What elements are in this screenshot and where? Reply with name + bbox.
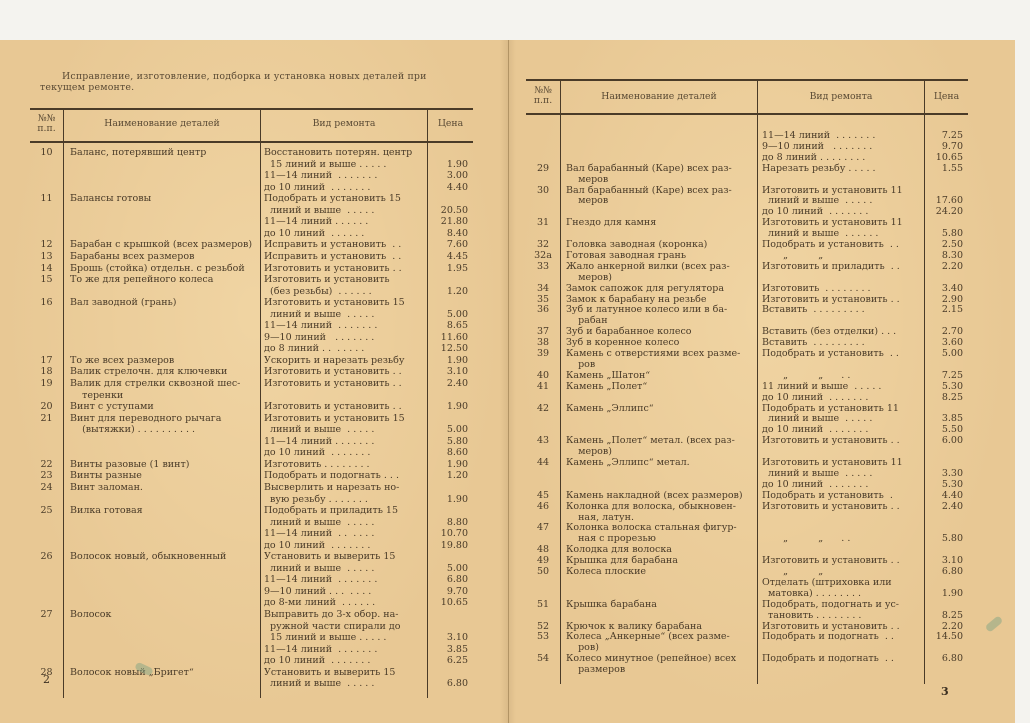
table-row: 15 линий и выше . . . . .1.90 <box>30 160 473 172</box>
part-name: Камень „Эллипс“ <box>566 404 654 415</box>
part-name: Валик стрелочн. для ключевки <box>70 367 227 378</box>
row-number: 50 <box>526 567 560 578</box>
repair-type: Изготовить и установить . . <box>264 367 402 378</box>
table-row: линий и выше . . . . .3.85 <box>526 414 968 425</box>
repair-type: 15 линий и выше . . . . . <box>264 160 386 171</box>
part-name: То же всех размеров <box>70 356 174 367</box>
part-name: размеров <box>566 665 625 676</box>
row-number: 11 <box>30 194 63 205</box>
table-row: меров <box>526 175 968 186</box>
price: 1.90 <box>428 460 468 471</box>
part-name: Вилка готовая <box>70 506 143 517</box>
table-row: до 10 линий . . . . . . .8.25 <box>526 393 968 404</box>
repair-type: до 10 линий . . . . . . . <box>264 448 370 459</box>
row-number: 34 <box>526 284 560 295</box>
price-table-right: №№ п.п. Наименование деталей Вид ремонта… <box>526 79 968 687</box>
part-name: Гнездо для камня <box>566 218 656 229</box>
table-row: 41Камень „Полет“11 линий и выше . . . . … <box>526 382 968 393</box>
table-row: 19Валик для стрелки сквозной шес-Изготов… <box>30 379 473 391</box>
price: 19.80 <box>428 541 468 552</box>
table-row: (вытяжки) . . . . . . . . . . линий и вы… <box>30 425 473 437</box>
table-top-rule <box>30 108 473 110</box>
row-number: 19 <box>30 379 63 390</box>
table-row: 51Крышка барабанаПодобрать, подогнать и … <box>526 600 968 611</box>
repair-type: Восстановить потерян. центр <box>264 148 412 159</box>
table-row: 27ВолосокВыправить до 3-х обор. на- <box>30 610 473 622</box>
part-name: Баланс, потерявший центр <box>70 148 206 159</box>
part-name: Замок сапожок для регулятора <box>566 284 724 295</box>
price: 6.25 <box>428 656 468 667</box>
table-row: 15То же для репейного колесаИзготовить и… <box>30 275 473 287</box>
price: 3.85 <box>428 645 468 656</box>
repair-type: 11 линий и выше . . . . . <box>762 382 881 393</box>
row-number: 20 <box>30 402 63 413</box>
part-name: Камень „Эллипс“ метал. <box>566 458 690 469</box>
repair-type: линий и выше . . . . . <box>264 425 374 436</box>
row-number: 53 <box>526 632 560 643</box>
row-number: 15 <box>30 275 63 286</box>
table-row: размеров <box>526 665 968 676</box>
row-number: 42 <box>526 404 560 415</box>
row-number: 24 <box>30 483 63 494</box>
header-num: №№ п.п. <box>526 86 560 106</box>
price: 5.00 <box>428 425 468 436</box>
table-row: линий и выше . . . . .5.00 <box>30 310 473 322</box>
table-row: 10Баланс, потерявший центрВосстановить п… <box>30 148 473 160</box>
price: 20.50 <box>428 206 468 217</box>
repair-type: Нарезать резьбу . . . . . <box>762 164 876 175</box>
repair-type: линий и выше . . . . . <box>264 564 374 575</box>
table-row: 11—14 линий . . . . . . .7.25 <box>526 131 968 142</box>
price: 5.00 <box>428 564 468 575</box>
part-name: Колеса плоские <box>566 567 646 578</box>
header-repair: Вид ремонта <box>261 119 427 129</box>
repair-type: Изготовить и установить 15 <box>264 414 405 425</box>
row-number: 43 <box>526 436 560 447</box>
price: 24.20 <box>925 207 963 218</box>
repair-type: Подобрать, подогнать и ус- <box>762 600 899 611</box>
price: 5.30 <box>925 382 963 393</box>
part-name: меров <box>566 175 608 186</box>
repair-type: до 10 линий . . . . . . . <box>264 183 370 194</box>
table-row: 50Колеса плоские „ „6.80 <box>526 567 968 578</box>
row-number: 47 <box>526 523 560 534</box>
price: 3.10 <box>428 633 468 644</box>
price: 5.30 <box>925 480 963 491</box>
table-row: 25Вилка готоваяПодобрать и приладить 15 <box>30 506 473 518</box>
repair-type: Ускорить и нарезать резьбу <box>264 356 404 367</box>
right-page: №№ п.п. Наименование деталей Вид ремонта… <box>509 40 1015 723</box>
price: 2.40 <box>428 379 468 390</box>
table-row: линий и выше . . . . .20.50 <box>30 206 473 218</box>
table-row: 11—14 линий . . . . . . .5.80 <box>30 437 473 449</box>
repair-type: 9—10 линий . . . . . . . <box>264 333 374 344</box>
price: 6.80 <box>925 567 963 578</box>
part-name: Винты разные <box>70 471 142 482</box>
row-number: 30 <box>526 186 560 197</box>
repair-type: матовка) . . . . . . . . <box>762 589 861 600</box>
repair-type: Подобрать и приладить 15 <box>264 506 398 517</box>
price: 2.20 <box>925 262 963 273</box>
row-number: 16 <box>30 298 63 309</box>
part-name: Волосок <box>70 610 111 621</box>
table-row: 20Винт с уступамиИзготовить и установить… <box>30 402 473 414</box>
table-row: ружной части спирали до <box>30 622 473 634</box>
repair-type: до 10 линий . . . . . . . <box>264 541 370 552</box>
repair-type: линий и выше . . . . . <box>264 518 374 529</box>
table-row: меров линий и выше . . . . .17.60 <box>526 196 968 207</box>
row-number: 40 <box>526 371 560 382</box>
part-name: Жало анкерной вилки (всех раз- <box>566 262 730 273</box>
row-number: 54 <box>526 654 560 665</box>
left-page: Исправление, изготовление, подборка и ус… <box>0 40 509 723</box>
table-row: 44Камень „Эллипс“ метал.Изготовить и уст… <box>526 458 968 469</box>
table-row: 11—14 линий . . . . . .10.70 <box>30 529 473 541</box>
repair-type: Подобрать и подогнать . . . <box>264 471 399 482</box>
row-number: 31 <box>526 218 560 229</box>
row-number: 51 <box>526 600 560 611</box>
header-bottom-rule <box>30 141 473 143</box>
price: 1.90 <box>428 495 468 506</box>
price: 10.65 <box>428 598 468 609</box>
row-number: 23 <box>30 471 63 482</box>
price: 3.40 <box>925 284 963 295</box>
repair-type: до 8 линий . . . . . . . . <box>762 153 865 164</box>
part-name: Брошь (стойка) отдельн. с резьбой <box>70 264 245 275</box>
price: 8.40 <box>428 229 468 240</box>
table-row: 16Вал заводной (грань)Изготовить и устан… <box>30 298 473 310</box>
table-row: 34Замок сапожок для регулятораИзготовить… <box>526 284 968 295</box>
repair-type: (без резьбы) . . . . . . <box>264 287 372 298</box>
part-name: меров <box>566 196 608 207</box>
intro-paragraph: Исправление, изготовление, подборка и ус… <box>40 71 470 93</box>
price: 7.60 <box>428 240 468 251</box>
row-number: 17 <box>30 356 63 367</box>
price: 1.20 <box>428 471 468 482</box>
header-repair: Вид ремонта <box>758 92 924 102</box>
part-name: Винт с уступами <box>70 402 154 413</box>
part-name: Крышка барабана <box>566 600 657 611</box>
page-number: 2 <box>43 673 50 686</box>
part-name: Валик для стрелки сквозной шес- <box>70 379 240 390</box>
part-name: Винты разовые (1 винт) <box>70 460 189 471</box>
table-row: 46Колонка для волоска, обыкновен-Изготов… <box>526 502 968 513</box>
row-number: 44 <box>526 458 560 469</box>
part-name: Вал барабанный (Каре) всех раз- <box>566 164 732 175</box>
repair-type: линий и выше . . . . . <box>264 206 374 217</box>
part-name: Камень „Шатон“ <box>566 371 650 382</box>
table-row: линий и выше . . . . .3.30 <box>526 469 968 480</box>
table-row: 11—14 линий . . . . . .21.80 <box>30 217 473 229</box>
table-row: 45Камень накладной (всех размеров)Подобр… <box>526 491 968 502</box>
row-number: 21 <box>30 414 63 425</box>
repair-type: до 10 линий . . . . . . <box>264 229 364 240</box>
price: 3.00 <box>428 171 468 182</box>
row-number: 26 <box>30 552 63 563</box>
price: 10.70 <box>428 529 468 540</box>
repair-type: Изготовить . . . . . . . . <box>762 284 871 295</box>
repair-type: до 10 линий . . . . . . . <box>762 393 868 404</box>
price: 12.50 <box>428 344 468 355</box>
price: 4.40 <box>428 183 468 194</box>
price: 5.00 <box>428 310 468 321</box>
table-row: меров) <box>526 273 968 284</box>
repair-type: 11—14 линий . . . . . . . <box>264 321 377 332</box>
table-row: до 10 линий . . . . . . .6.25 <box>30 656 473 668</box>
price: 1.90 <box>925 589 963 600</box>
row-number: 14 <box>30 264 63 275</box>
price: 6.80 <box>428 575 468 586</box>
repair-type: ружной части спирали до <box>264 622 400 633</box>
part-name: То же для репейного колеса <box>70 275 213 286</box>
table-row: тановить . . . . . . . .8.25 <box>526 611 968 622</box>
row-number: 39 <box>526 349 560 360</box>
price: 2.40 <box>925 502 963 513</box>
part-name: Барабан с крышкой (всех размеров) <box>70 240 252 251</box>
repair-type: Изготовить и приладить . . <box>762 262 900 273</box>
repair-type: до 8-ми линий . . . . . . <box>264 598 375 609</box>
price: 14.50 <box>925 632 963 643</box>
repair-type: Изготовить и установить 15 <box>264 298 405 309</box>
table-row: Отделать (штриховка или <box>526 578 968 589</box>
price: 21.80 <box>428 217 468 228</box>
row-number: 27 <box>30 610 63 621</box>
table-row: 26Волосок новый, обыкновенныйУстановить … <box>30 552 473 564</box>
price: 10.65 <box>925 153 963 164</box>
row-number: 10 <box>30 148 63 159</box>
table-row: 11—14 линий . . . . . . .3.85 <box>30 645 473 657</box>
repair-type: Установить и выверить 15 <box>264 668 395 679</box>
repair-type: Установить и выверить 15 <box>264 552 395 563</box>
table-row: 15 линий и выше . . . . .3.10 <box>30 633 473 645</box>
part-name: Волосок новый „Бригет“ <box>70 668 194 679</box>
price: 3.10 <box>428 367 468 378</box>
book-spine <box>500 40 516 723</box>
repair-type: Выправить до 3-х обор. на- <box>264 610 398 621</box>
repair-type: до 10 линий . . . . . . . <box>264 656 370 667</box>
repair-type: 11—14 линий . . . . . . . <box>264 437 374 448</box>
repair-type: вую резьбу . . . . . . . <box>264 495 368 506</box>
price: 5.80 <box>925 534 963 545</box>
row-number: 36 <box>526 305 560 316</box>
repair-type: 15 линий и выше . . . . . <box>264 633 386 644</box>
price: 8.65 <box>428 321 468 332</box>
repair-type: Подобрать и подогнать . . <box>762 632 894 643</box>
repair-type: „ „ . . <box>762 534 850 545</box>
table-row: 11Балансы готовыПодобрать и установить 1… <box>30 194 473 206</box>
table-row: 42Камень „Эллипс“Подобрать и установить … <box>526 404 968 415</box>
price: 2.15 <box>925 305 963 316</box>
repair-type: 9—10 линий . . . . . . . <box>264 587 371 598</box>
part-name: Барабаны всех размеров <box>70 252 194 263</box>
price: 8.60 <box>428 448 468 459</box>
repair-type: Изготовить . . . . . . . . <box>264 460 370 471</box>
repair-type: 11—14 линий . . . . . . <box>264 529 374 540</box>
header-bottom-rule <box>526 113 968 115</box>
table-row: линий и выше . . . . .5.00 <box>30 564 473 576</box>
table-row: 11—14 линий . . . . . . .6.80 <box>30 575 473 587</box>
repair-type: Исправить и установить . . <box>264 240 401 251</box>
part-name: теренки <box>70 391 123 402</box>
row-number: 33 <box>526 262 560 273</box>
price-table-left: №№ п.п. Наименование деталей Вид ремонта… <box>30 108 473 708</box>
header-name: Наименование деталей <box>64 119 260 129</box>
price: 6.80 <box>428 679 468 690</box>
table-row: 11—14 линий . . . . . . .3.00 <box>30 171 473 183</box>
repair-type: „ „ . . <box>762 371 850 382</box>
header-price: Цена <box>925 92 968 102</box>
table-row: 28Волосок новый „Бригет“Установить и выв… <box>30 668 473 680</box>
table-row: линий и выше . . . . .8.80 <box>30 518 473 530</box>
part-name: Камень „Полет“ <box>566 382 647 393</box>
row-number: 12 <box>30 240 63 251</box>
repair-type: Подобрать и установить . . <box>762 349 899 360</box>
price: 6.00 <box>925 436 963 447</box>
row-number: 41 <box>526 382 560 393</box>
row-number: 13 <box>30 252 63 263</box>
part-name: Камень накладной (всех размеров) <box>566 491 743 502</box>
header-name: Наименование деталей <box>561 92 757 102</box>
table-row: 13Барабаны всех размеровИсправить и уста… <box>30 252 473 264</box>
table-row: 24Винт заломан.Высверлить и нарезать но- <box>30 483 473 495</box>
price: 4.45 <box>428 252 468 263</box>
table-row: 31Гнездо для камняИзготовить и установит… <box>526 218 968 229</box>
repair-type: Изготовить и установить . . <box>264 402 402 413</box>
repair-type: тановить . . . . . . . . <box>762 611 861 622</box>
repair-type: Изготовить и установить . . <box>762 502 900 513</box>
repair-type: Изготовить и установить . . <box>264 264 402 275</box>
repair-type: Исправить и установить . . <box>264 252 401 263</box>
repair-type: Подобрать и установить 15 <box>264 194 401 205</box>
repair-type: до 8 линий . . . . . . . <box>264 344 364 355</box>
repair-type: 11—14 линий . . . . . . . <box>264 575 377 586</box>
price: 1.95 <box>428 264 468 275</box>
table-row: 11—14 линий . . . . . . .8.65 <box>30 321 473 333</box>
repair-type: до 10 линий . . . . . . . <box>762 480 868 491</box>
repair-type: линий и выше . . . . . <box>264 310 374 321</box>
table-row: 9—10 линий . . . . . . .11.60 <box>30 333 473 345</box>
price: 1.90 <box>428 402 468 413</box>
repair-type: Изготовить и установить <box>264 275 390 286</box>
repair-type: 11—14 линий . . . . . . . <box>264 171 377 182</box>
price: 1.20 <box>428 287 468 298</box>
price: 1.55 <box>925 164 963 175</box>
part-name: Колонка для волоска, обыкновен- <box>566 502 736 513</box>
repair-type: 11—14 линий . . . . . . . <box>264 645 377 656</box>
price: 7.25 <box>925 371 963 382</box>
part-name: Вал заводной (грань) <box>70 298 177 309</box>
price: 5.00 <box>925 349 963 360</box>
price: 5.80 <box>428 437 468 448</box>
header-price: Цена <box>428 119 473 129</box>
repair-type: Подобрать и установить . <box>762 491 893 502</box>
part-name: Балансы готовы <box>70 194 151 205</box>
repair-type: Подобрать и подогнать . . <box>762 654 894 665</box>
row-number: 45 <box>526 491 560 502</box>
row-number: 25 <box>30 506 63 517</box>
row-number: 29 <box>526 164 560 175</box>
price: 6.80 <box>925 654 963 665</box>
row-number: 22 <box>30 460 63 471</box>
row-number: 18 <box>30 367 63 378</box>
price: 11.60 <box>428 333 468 344</box>
price: 1.90 <box>428 356 468 367</box>
price: 8.25 <box>925 611 963 622</box>
part-name: Винт заломан. <box>70 483 143 494</box>
table-top-rule <box>526 79 968 81</box>
price: 9.70 <box>428 587 468 598</box>
header-num: №№ п.п. <box>30 114 63 134</box>
row-number: 46 <box>526 502 560 513</box>
repair-type: Изготовить и установить . . <box>264 379 402 390</box>
repair-type: Вставить . . . . . . . . . <box>762 305 865 316</box>
price: 8.80 <box>428 518 468 529</box>
price: 1.90 <box>428 160 468 171</box>
repair-type: Высверлить и нарезать но- <box>264 483 399 494</box>
repair-type: Изготовить и установить . . <box>762 436 900 447</box>
table-row: 29Вал барабанный (Каре) всех раз-Нарезат… <box>526 164 968 175</box>
table-row: 9—10 линий . . . . . . .9.70 <box>526 142 968 153</box>
price: 8.25 <box>925 393 963 404</box>
part-name: (вытяжки) . . . . . . . . . . <box>70 425 195 436</box>
table-row: 9—10 линий . . . . . . .9.70 <box>30 587 473 599</box>
part-name: Волосок новый, обыкновенный <box>70 552 226 563</box>
repair-type: линий и выше . . . . . <box>264 679 374 690</box>
part-name: меров) <box>566 273 612 284</box>
part-name: Винт для переводного рычага <box>70 414 221 425</box>
price: 4.40 <box>925 491 963 502</box>
repair-type: 11—14 линий . . . . . . <box>264 217 368 228</box>
table-row: линий и выше . . . . .6.80 <box>30 679 473 691</box>
page-number: 3 <box>941 685 949 698</box>
